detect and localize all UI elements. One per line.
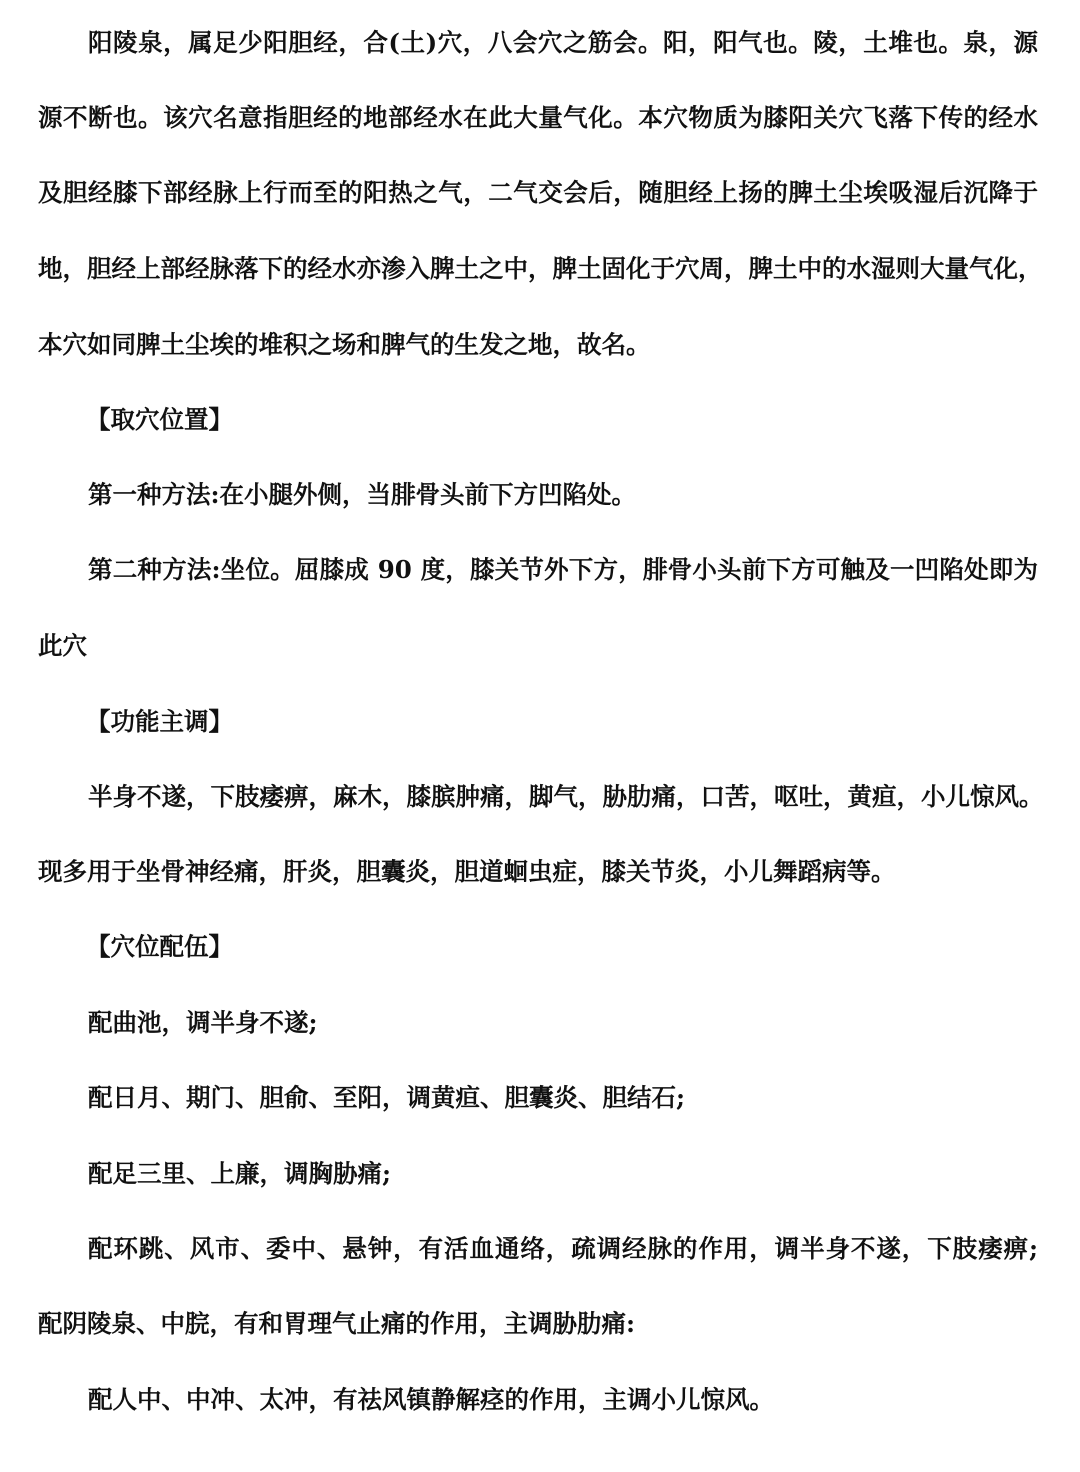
combination-item: 配阴陵泉、中脘，有和胃理气止痛的作用，主调胁肋痛: bbox=[38, 1304, 635, 1344]
combination-item: 配曲池，调半身不遂; bbox=[88, 1003, 1038, 1043]
intro-paragraph-line: 阳陵泉，属足少阳胆经，合(土)穴，八会穴之筋会。阳，阳气也。陵，土堆也。泉，源 bbox=[88, 23, 1038, 63]
intro-paragraph-line: 本穴如同脾土尘埃的堆积之场和脾气的生发之地，故名。 bbox=[38, 325, 651, 365]
combination-item: 配日月、期门、胆俞、至阳，调黄疸、胆囊炎、胆结石; bbox=[88, 1078, 1038, 1118]
intro-paragraph-line: 地，胆经上部经脉落下的经水亦渗入脾土之中，脾土固化于穴周，脾土中的水湿则大量气化… bbox=[38, 249, 1038, 289]
location-method-1: 第一种方法:在小腿外侧，当腓骨头前下方凹陷处。 bbox=[88, 475, 1038, 515]
intro-paragraph-line: 源不断也。该穴名意指胆经的地部经水在此大量气化。本穴物质为膝阳关穴飞落下传的经水 bbox=[38, 98, 1038, 138]
document-page: 阳陵泉，属足少阳胆经，合(土)穴，八会穴之筋会。阳，阳气也。陵，土堆也。泉，源 … bbox=[0, 0, 1080, 1472]
location-method-2-line: 第二种方法:坐位。屈膝成 90 度，膝关节外下方，腓骨小头前下方可触及一凹陷处即… bbox=[88, 550, 1038, 590]
combination-item: 配足三里、上廉，调胸胁痛; bbox=[88, 1154, 1038, 1194]
section-heading-location: 【取穴位置】 bbox=[86, 400, 1036, 440]
section-heading-combinations: 【穴位配伍】 bbox=[86, 927, 1036, 967]
section-heading-functions: 【功能主调】 bbox=[86, 702, 1036, 742]
functions-line: 现多用于坐骨神经痛，肝炎，胆囊炎，胆道蛔虫症，膝关节炎，小儿舞蹈病等。 bbox=[38, 852, 896, 892]
intro-paragraph-line: 及胆经膝下部经脉上行而至的阳热之气，二气交会后，随胆经上扬的脾土尘埃吸湿后沉降于 bbox=[38, 173, 1038, 213]
combination-item: 配环跳、风市、委中、悬钟，有活血通络，疏调经脉的作用，调半身不遂，下肢痿痹; bbox=[88, 1229, 1038, 1269]
location-method-2-line: 此穴 bbox=[38, 626, 87, 666]
combination-item: 配人中、中冲、太冲，有祛风镇静解痉的作用，主调小儿惊风。 bbox=[88, 1380, 1038, 1420]
functions-line: 半身不遂，下肢痿痹，麻木，膝膑肿痛，脚气，胁肋痛，口苦，呕吐，黄疸，小儿惊风。 bbox=[88, 777, 1038, 817]
